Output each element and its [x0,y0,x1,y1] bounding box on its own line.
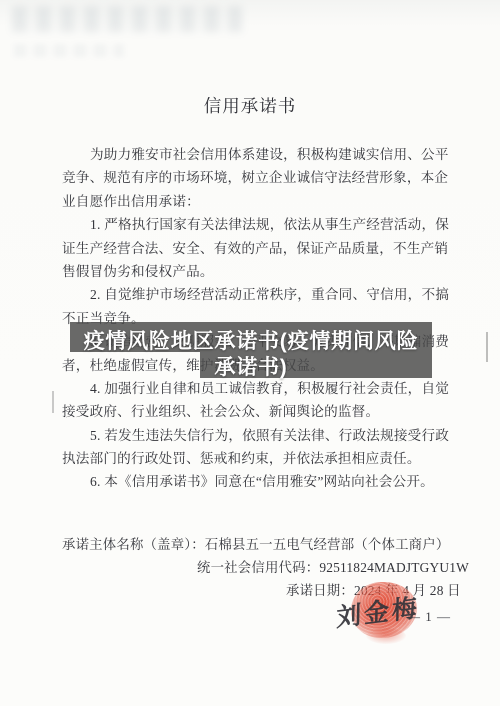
scan-artifact-line [486,332,488,362]
body-line: 接受政府、行业组织、社会公众、新闻舆论的监督。 [62,400,458,423]
body-line: 2. 自觉维护市场经营活动正常秩序，重合同、守信用，不搞 [62,283,458,306]
body-line: 为助力雅安市社会信用体系建设，积极构建诚实信用、公平 [62,143,458,166]
page-number: — 1 — [407,609,451,625]
body-line: 4. 加强行业自律和员工诚信教育，积极履行社会责任，自觉 [62,377,458,400]
scan-smudge [14,44,124,57]
scan-artifact-line [52,391,54,413]
scan-smudge [12,6,242,32]
credit-code-line: 统一社会信用代码：92511824MADJTGYU1W [197,557,469,576]
document-body: 为助力雅安市社会信用体系建设，积极构建诚实信用、公平 竞争、规范有序的市场环境，… [62,143,458,494]
body-line: 5. 若发生违法失信行为，依照有关法律、行政法规接受行政 [62,424,458,447]
body-line: 竞争、规范有序的市场环境，树立企业诚信守法经营形象，本企 [62,166,458,189]
body-line: 业自愿作出信用承诺： [62,190,458,213]
body-line: 售假冒伪劣和侵权产品。 [62,260,458,283]
committer-name-line: 承诺主体名称（盖章）：石棉县五一五电气经营部（个体工商户） [62,534,449,553]
document-title: 信用承诺书 [0,93,500,118]
body-line: 者，杜绝虚假宣传，维护消费者合法权益。 [62,354,458,377]
red-fingerprint-seal-smear [366,628,406,644]
body-line: 证生产经营合法、安全、有效的产品，保证产品质量，不生产销 [62,237,458,260]
body-line: 1. 严格执行国家有关法律法规，依法从事生产经营活动，保 [62,213,458,236]
body-line: 不正当竞争。 [62,307,458,330]
body-line: 6. 本《信用承诺书》同意在“信用雅安”网站向社会公开。 [62,470,458,493]
body-line: 3. 诚信经营，文明服务，公平交易，诚实守信，不欺骗消费 [62,330,458,353]
body-line: 执法部门的行政处罚、惩戒和约束，并依法承担相应责任。 [62,447,458,470]
scanned-document-page: 信用承诺书 为助力雅安市社会信用体系建设，积极构建诚实信用、公平 竞争、规范有序… [0,0,500,706]
